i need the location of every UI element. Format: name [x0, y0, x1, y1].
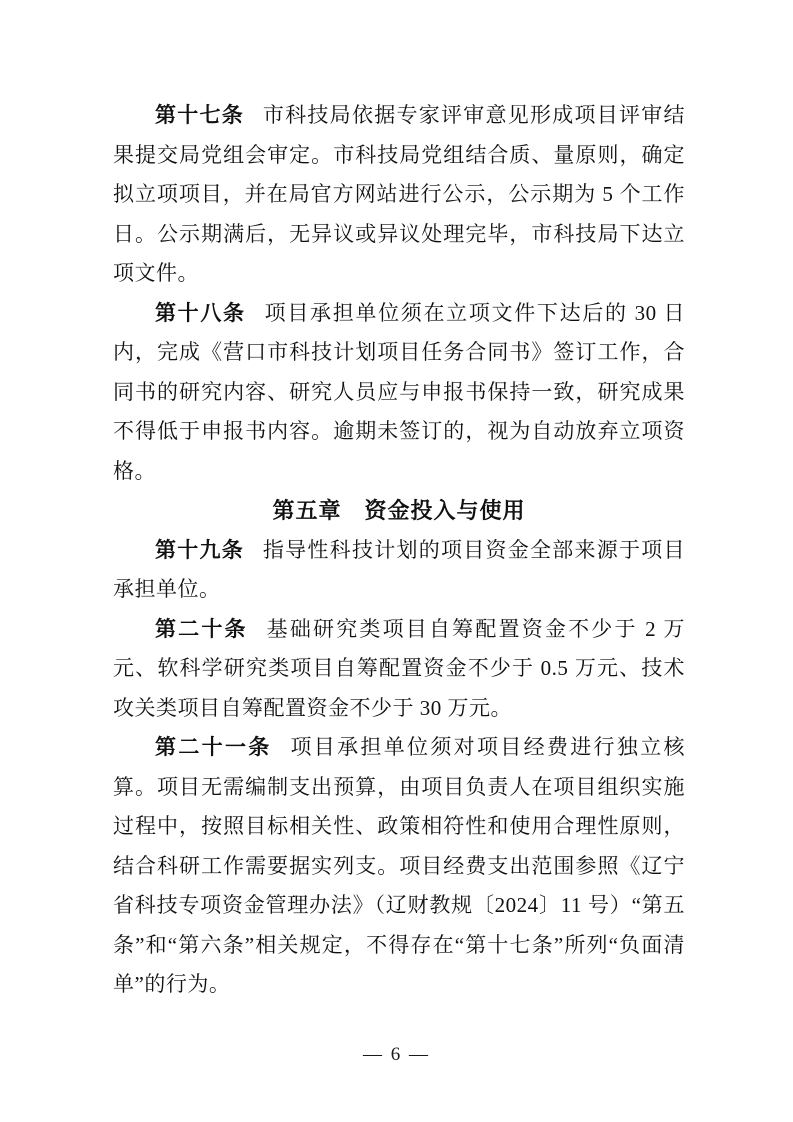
page-number: — 6 — [0, 1044, 793, 1066]
document-body: 第十七条市科技局依据专家评审意见形成项目评审结果提交局党组会审定。市科技局党组结… [113, 96, 685, 1005]
article-19-number: 第十九条 [155, 539, 263, 562]
article-21-paragraph: 第二十一条项目承担单位须对项目经费进行独立核算。项目无需编制支出预算，由项目负责… [113, 728, 685, 1005]
chapter-5-heading: 第五章 资金投入与使用 [113, 491, 685, 531]
article-18-paragraph: 第十八条项目承担单位须在立项文件下达后的 30 日内，完成《营口市科技计划项目任… [113, 294, 685, 492]
article-20-paragraph: 第二十条基础研究类项目自筹配置资金不少于 2 万元、软科学研究类项目自筹配置资金… [113, 610, 685, 729]
article-17-paragraph: 第十七条市科技局依据专家评审意见形成项目评审结果提交局党组会审定。市科技局党组结… [113, 96, 685, 294]
article-21-number: 第二十一条 [155, 736, 290, 759]
article-18-text: 项目承担单位须在立项文件下达后的 30 日内，完成《营口市科技计划项目任务合同书… [113, 301, 685, 483]
article-17-text: 市科技局依据专家评审意见形成项目评审结果提交局党组会审定。市科技局党组结合质、量… [113, 103, 685, 285]
article-19-paragraph: 第十九条指导性科技计划的项目资金全部来源于项目承担单位。 [113, 531, 685, 610]
article-18-number: 第十八条 [155, 302, 265, 325]
document-page: 第十七条市科技局依据专家评审意见形成项目评审结果提交局党组会审定。市科技局党组结… [0, 0, 793, 1122]
article-21-text: 项目承担单位须对项目经费进行独立核算。项目无需编制支出预算，由项目负责人在项目组… [113, 735, 685, 996]
article-17-number: 第十七条 [155, 104, 263, 127]
article-20-number: 第二十条 [155, 618, 267, 641]
